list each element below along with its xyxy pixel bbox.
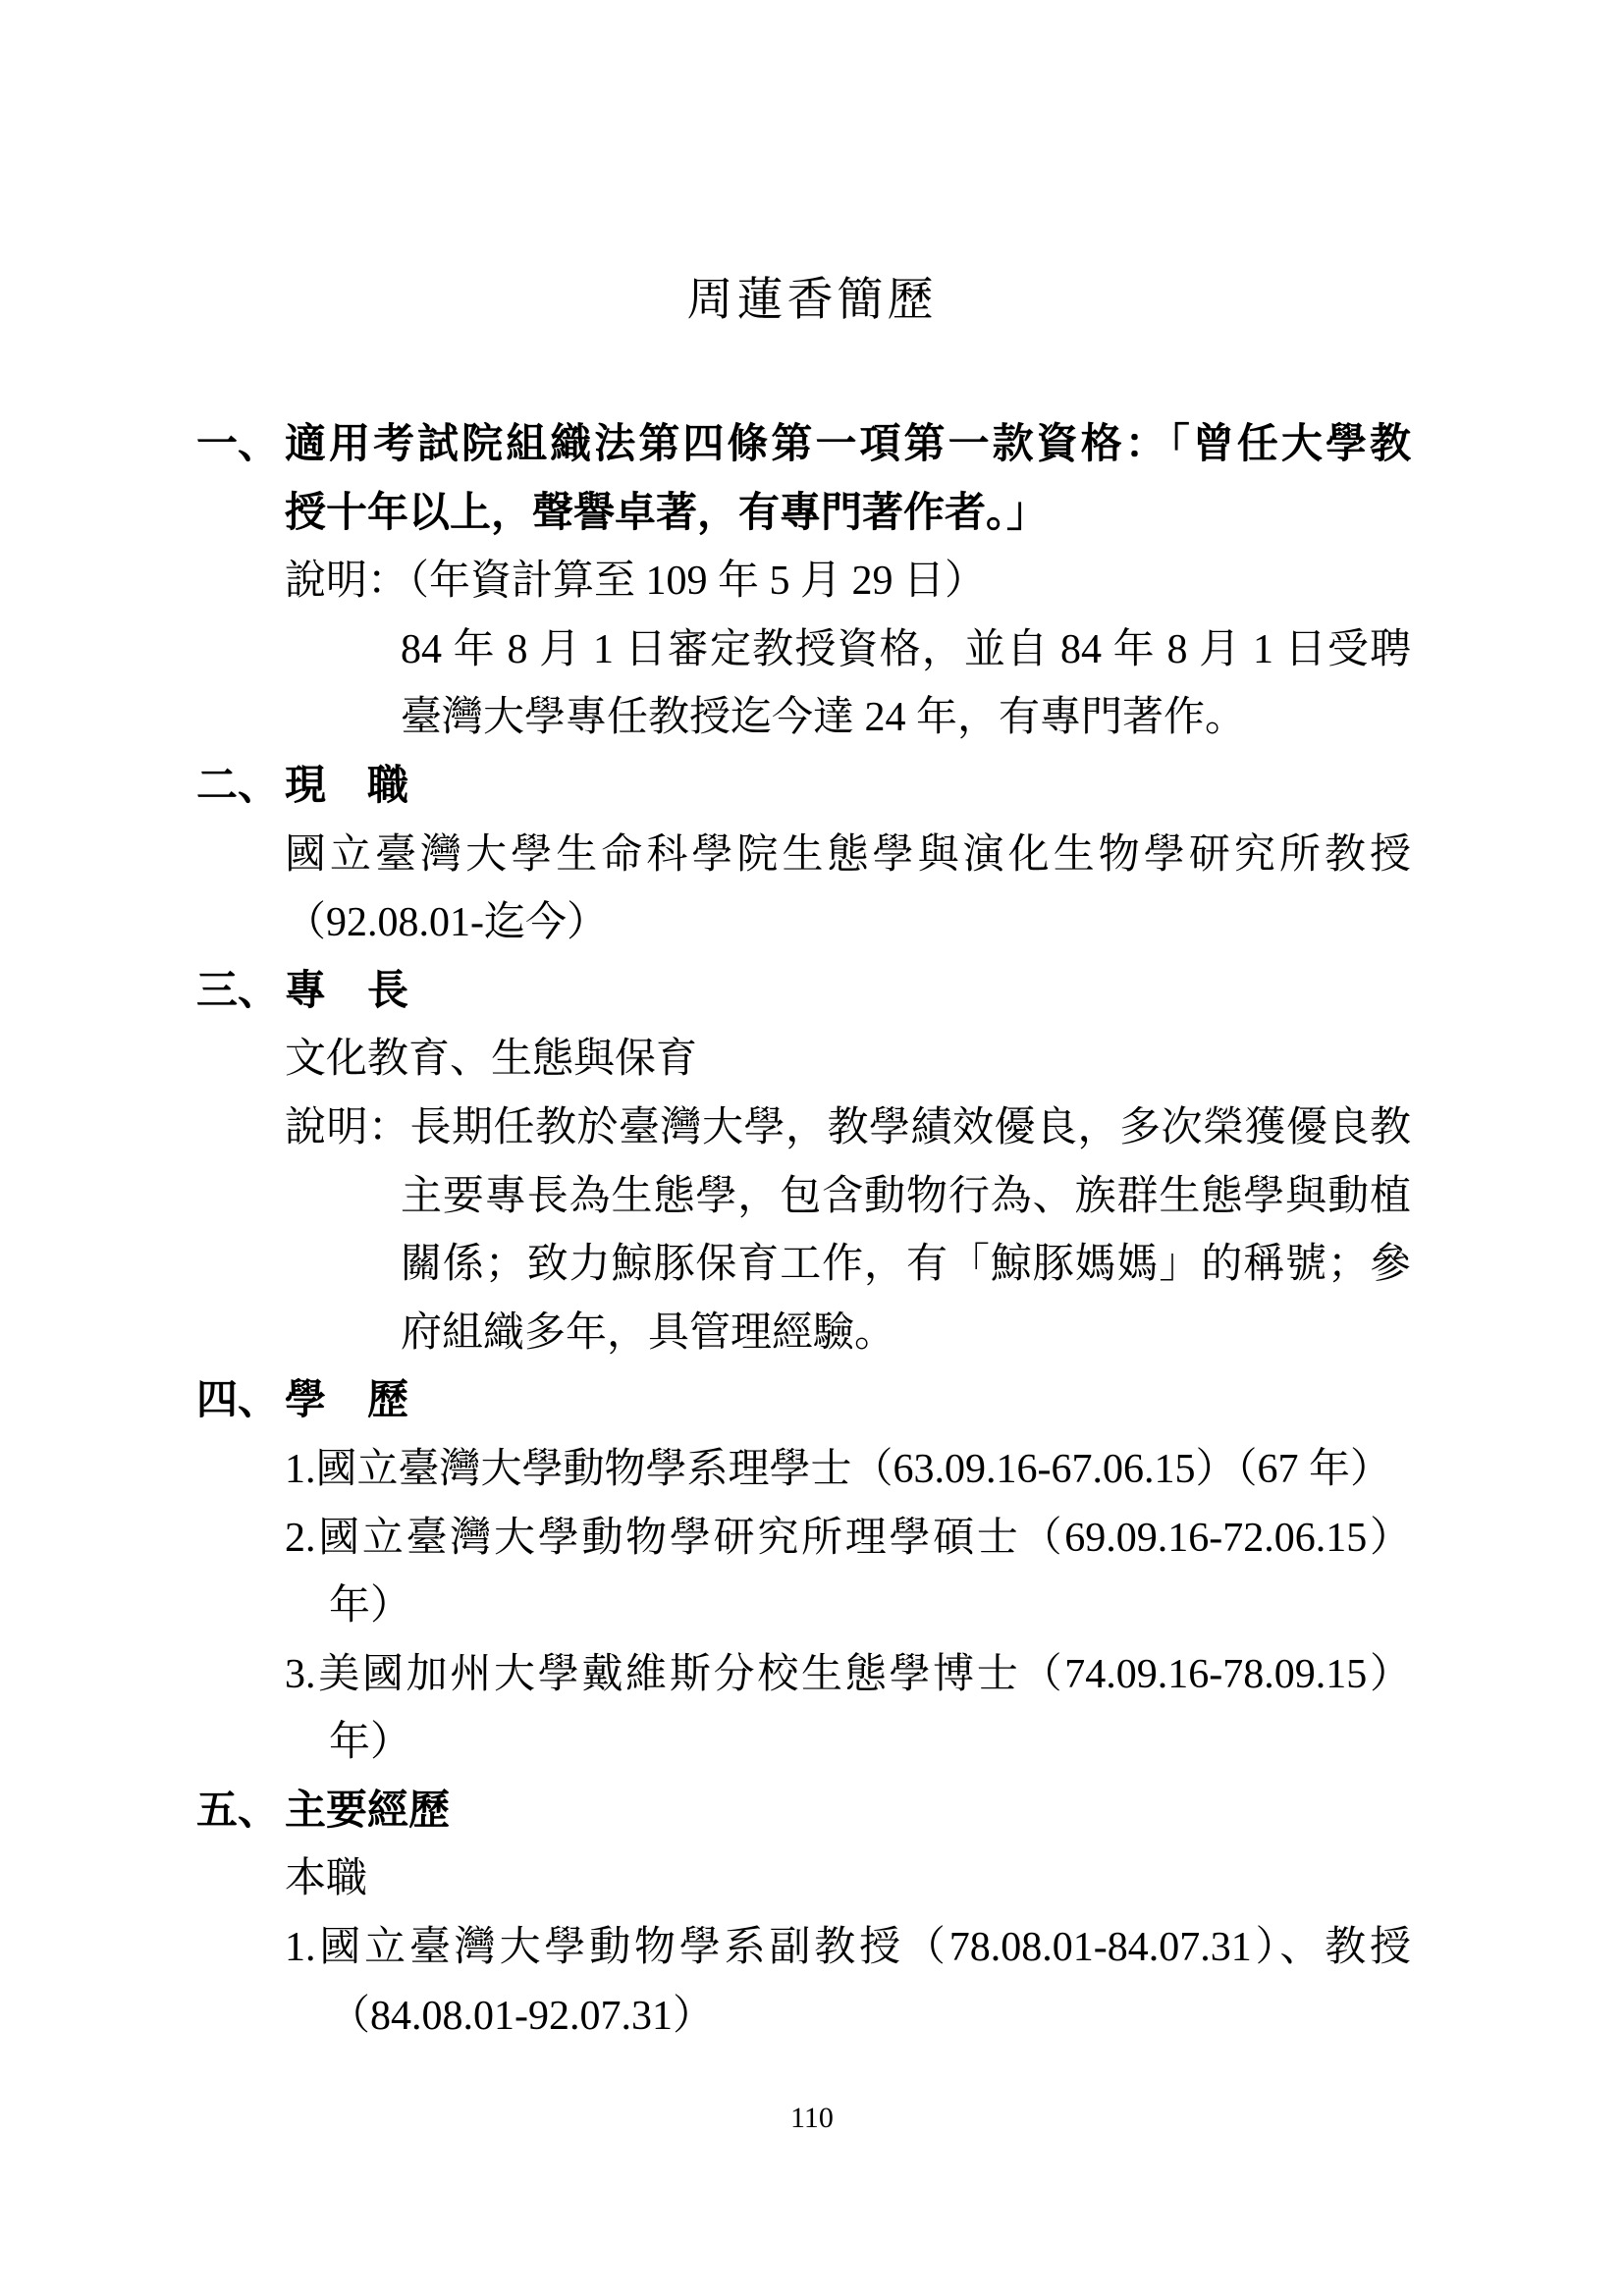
section-3-note-line3: 關係；致力鯨豚保育工作，有「鯨豚媽媽」的稱號；參與非政 (401, 1231, 1411, 1300)
page-title: 周蓮香簡歷 (0, 271, 1624, 330)
section-3-heading-text: 專 長 (285, 958, 408, 1027)
section-2-body-line1: 國立臺灣大學生命科學院生態學與演化生物學研究所教授 (285, 822, 1411, 890)
experience-item-1-line1: 1.國立臺灣大學動物學系副教授（78.08.01-84.07.31）、教授 (285, 1914, 1411, 1983)
education-item-2-line2: 年） (329, 1573, 1624, 1641)
section-1-note: 說明：（年資計算至 109 年 5 月 29 日） (285, 548, 1624, 616)
education-item-2-line1: 2.國立臺灣大學動物學研究所理學碩士（69.09.16-72.06.15）（72 (285, 1505, 1411, 1574)
section-2-number: 二、 (196, 753, 285, 822)
section-3-body-line1: 文化教育、生態與保育 (285, 1026, 1624, 1095)
education-item-1: 1.國立臺灣大學動物學系理學士（63.09.16-67.06.15）（67 年） (285, 1436, 1624, 1505)
section-1-number: 一、 (196, 411, 285, 480)
section-5-number: 五、 (196, 1778, 285, 1846)
section-3-number: 三、 (196, 958, 285, 1027)
section-1-heading-line1: 適用考試院組織法第四條第一項第一款資格：「曾任大學教 (285, 411, 1411, 480)
section-4-heading-text: 學 歷 (285, 1367, 408, 1436)
section-4-number: 四、 (196, 1367, 285, 1436)
section-2-body-line2: （92.08.01-迄今） (285, 889, 1624, 958)
section-2-heading: 二、 現 職 (196, 753, 1624, 822)
section-5-heading-text: 主要經歷 (285, 1778, 450, 1846)
section-3-heading: 三、 專 長 (196, 958, 1624, 1027)
document-body: 一、 適用考試院組織法第四條第一項第一款資格：「曾任大學教 授十年以上，聲譽卓著… (0, 411, 1624, 2051)
section-2-heading-text: 現 職 (285, 753, 408, 822)
section-5-heading: 五、 主要經歷 (196, 1778, 1624, 1846)
document-page: 周蓮香簡歷 一、 適用考試院組織法第四條第一項第一款資格：「曾任大學教 授十年以… (0, 0, 1624, 2296)
section-3-note-line4: 府組織多年，具管理經驗。 (401, 1300, 1624, 1368)
experience-subheading: 本職 (285, 1845, 1624, 1914)
section-4-heading: 四、 學 歷 (196, 1367, 1624, 1436)
section-1-body-line1: 84 年 8 月 1 日審定教授資格，並自 84 年 8 月 1 日受聘國立 (401, 616, 1411, 685)
experience-item-1-line2: （84.08.01-92.07.31） (329, 1983, 1624, 2052)
education-item-3-line2: 年） (329, 1709, 1624, 1778)
section-3-note-line1: 說明：長期任教於臺灣大學，教學績效優良，多次榮獲優良教師獎； (285, 1095, 1411, 1163)
section-3-note-line2: 主要專長為生態學，包含動物行為、族群生態學與動植物共生 (401, 1163, 1411, 1232)
section-1-heading: 一、 適用考試院組織法第四條第一項第一款資格：「曾任大學教 (196, 411, 1624, 480)
education-item-3-line1: 3.美國加州大學戴維斯分校生態學博士（74.09.16-78.09.15）（78 (285, 1641, 1411, 1710)
section-1-heading-line2: 授十年以上，聲譽卓著，有專門著作者。」 (285, 480, 1624, 549)
page-number: 110 (0, 2099, 1624, 2138)
section-1-body-line2: 臺灣大學專任教授迄今達 24 年，有專門著作。 (401, 684, 1624, 753)
